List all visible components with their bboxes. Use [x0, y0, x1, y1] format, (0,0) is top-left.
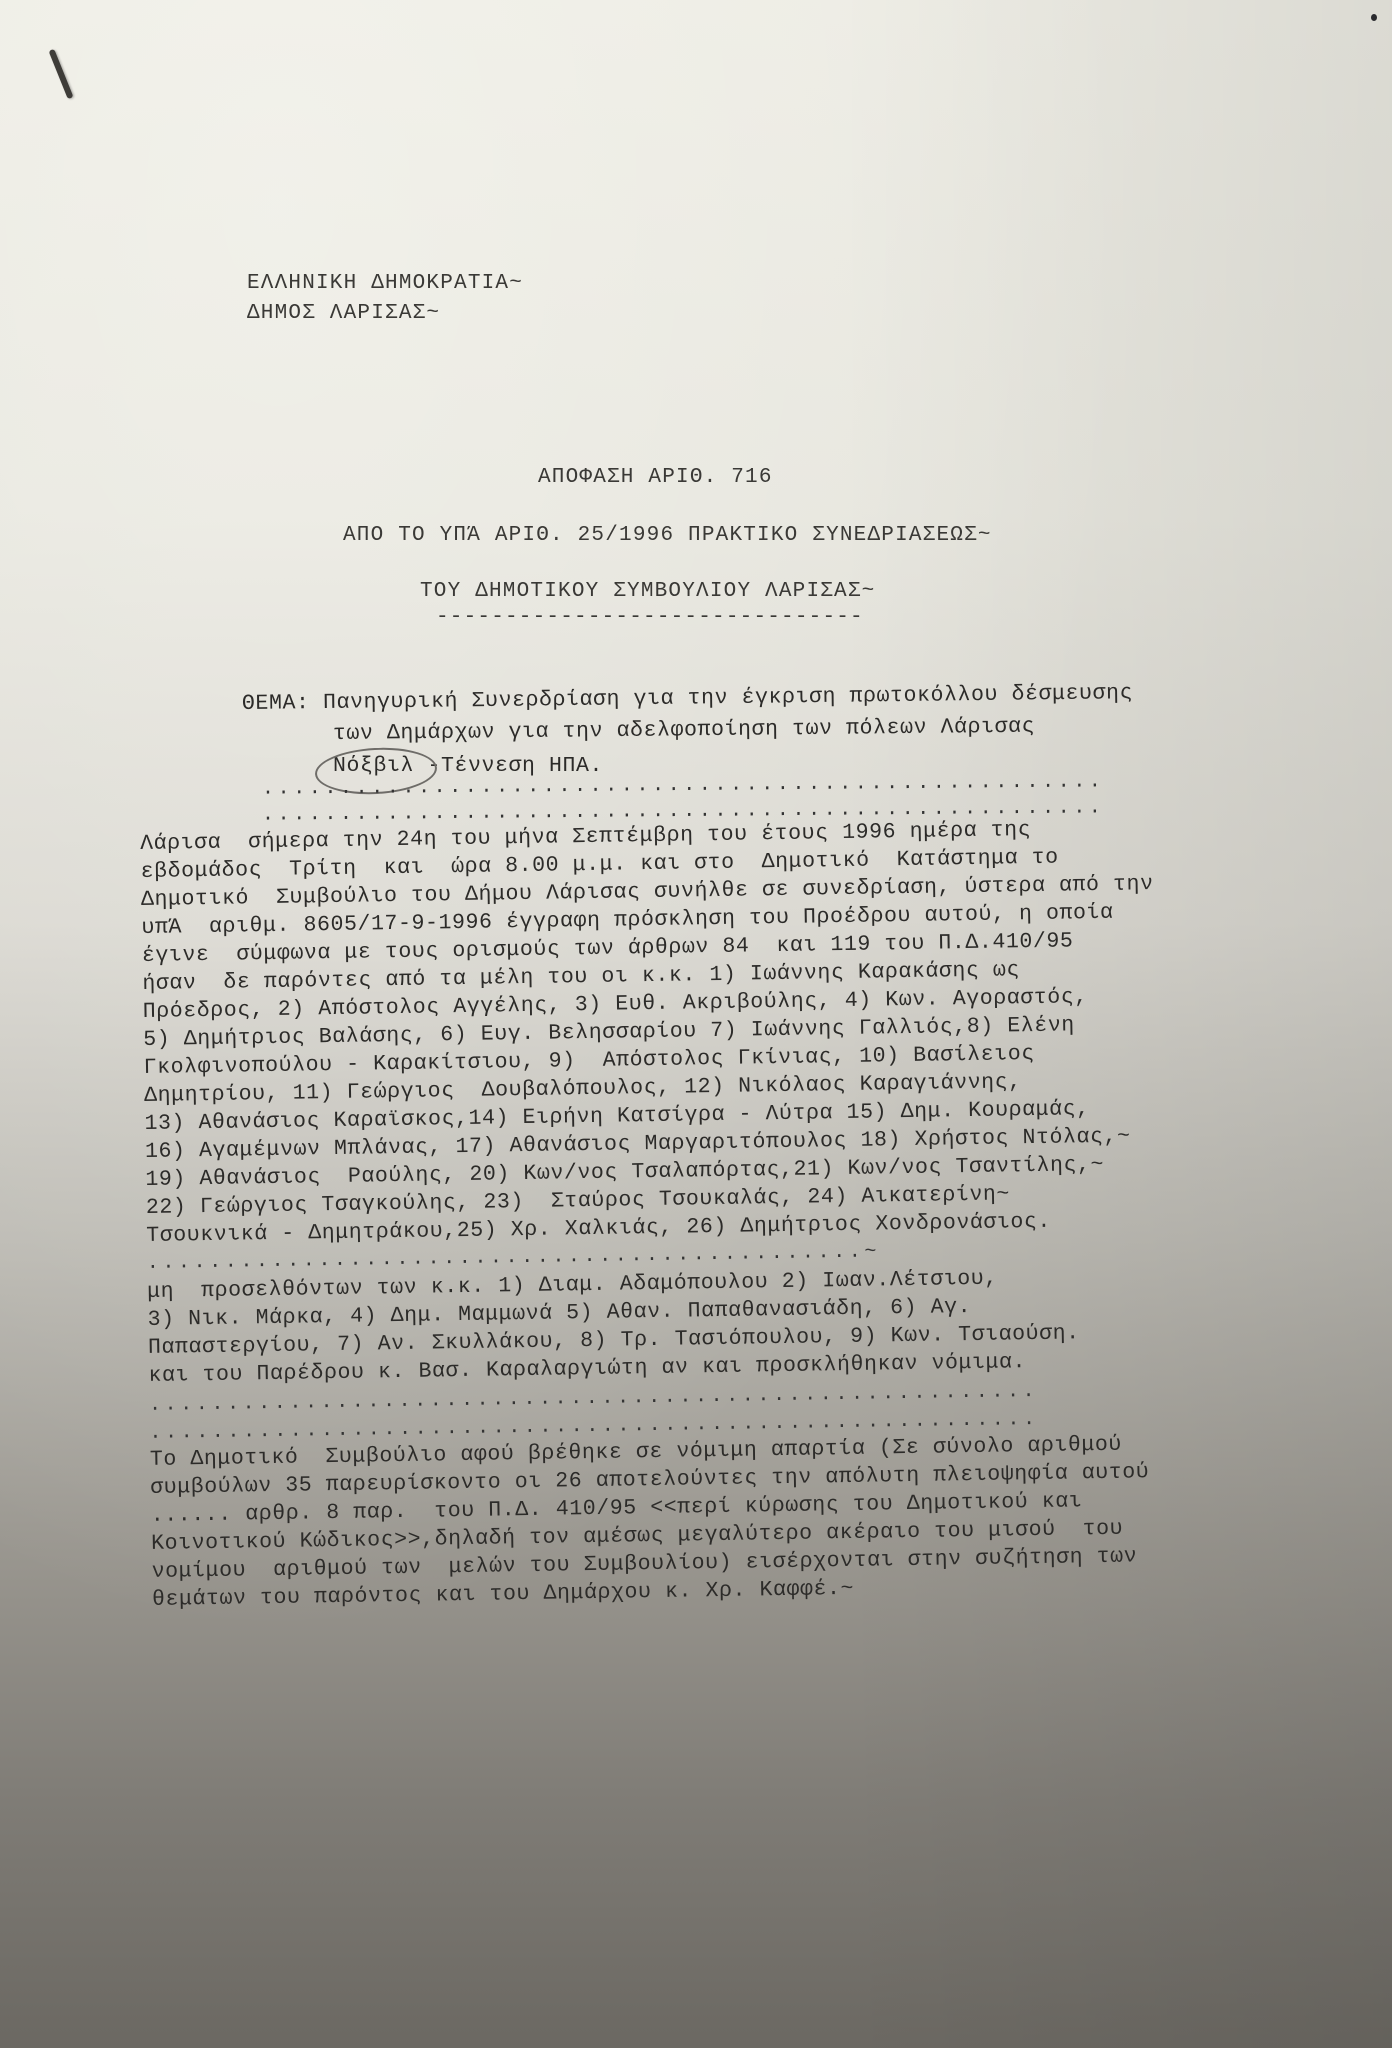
title-underline: -------------------------------	[436, 606, 864, 629]
header-municipality: ΔΗΜΟΣ ΛΑΡΙΣΑΣ~	[247, 302, 440, 325]
decision-title: ΑΠΟΦΑΣΗ ΑΡΙΘ. 716	[538, 466, 773, 489]
ink-speck	[1371, 14, 1377, 21]
header-republic: ΕΛΛΗΝΙΚΗ ΔΗΜΟΚΡΑΤΙΑ~	[247, 272, 523, 295]
subject-line-2: των Δημάρχων για την αδελφοποίηση των πό…	[333, 715, 1035, 746]
subject-line-1: ΘΕΜΑ: Πανηγυρική Συνερδρίαση για την έγκ…	[242, 681, 1133, 716]
council-title: ΤΟΥ ΔΗΜΟΤΙΚΟΥ ΣΥΜΒΟΥΛΙΟΥ ΛΑΡΙΣΑΣ~	[420, 580, 875, 603]
document-page: ΕΛΛΗΝΙΚΗ ΔΗΜΟΚΡΑΤΙΑ~ ΔΗΜΟΣ ΛΑΡΙΣΑΣ~ ΑΠΟΦ…	[0, 0, 1392, 2048]
minutes-title: ΑΠΟ ΤΟ ΥΠΆ ΑΡΙΘ. 25/1996 ΠΡΑΚΤΙΚΟ ΣΥΝΕΔΡ…	[343, 524, 992, 547]
staple-mark	[48, 49, 73, 99]
